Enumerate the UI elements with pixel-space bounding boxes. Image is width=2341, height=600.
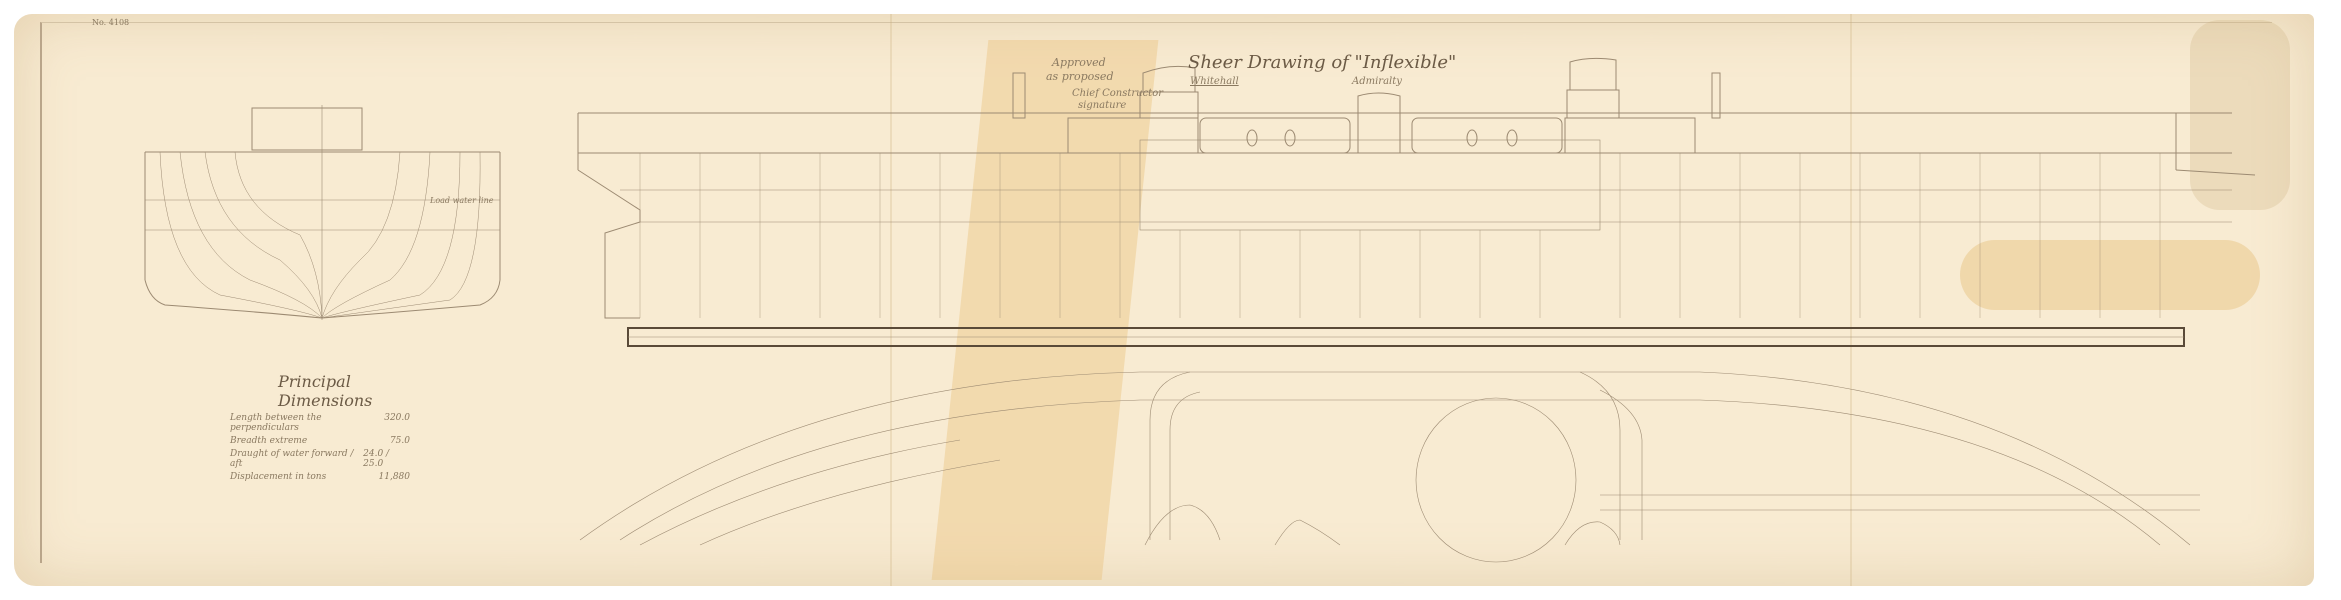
dimension-row: Displacement in tons 11,880 bbox=[230, 472, 410, 482]
principal-dimensions-title: Principal Dimensions bbox=[278, 372, 410, 410]
dimension-row: Draught of water forward / aft 24.0 / 25… bbox=[230, 449, 410, 469]
principal-dimensions-table: Principal Dimensions Length between the … bbox=[230, 372, 410, 482]
title-sub-right: Admiralty bbox=[1352, 76, 1402, 87]
half-breadth-plan bbox=[580, 372, 2200, 562]
scale-bar bbox=[628, 328, 2184, 346]
signature: signature bbox=[1078, 100, 1126, 111]
load-waterline-note: Load water line bbox=[430, 196, 494, 205]
ship-plan-linework bbox=[0, 0, 2341, 600]
dimension-row: Length between the perpendiculars 320.0 bbox=[230, 413, 410, 433]
drawing-title: Sheer Drawing of "Inflexible" bbox=[1188, 52, 1456, 73]
title-sub-left: Whitehall bbox=[1190, 76, 1239, 87]
dimension-row: Breadth extreme 75.0 bbox=[230, 436, 410, 446]
signature-title: Chief Constructor bbox=[1072, 88, 1163, 99]
sheer-profile bbox=[578, 58, 2255, 318]
body-plan bbox=[145, 105, 500, 320]
approval-note-2: as proposed bbox=[1046, 70, 1113, 83]
approval-note: Approved bbox=[1052, 56, 1106, 69]
